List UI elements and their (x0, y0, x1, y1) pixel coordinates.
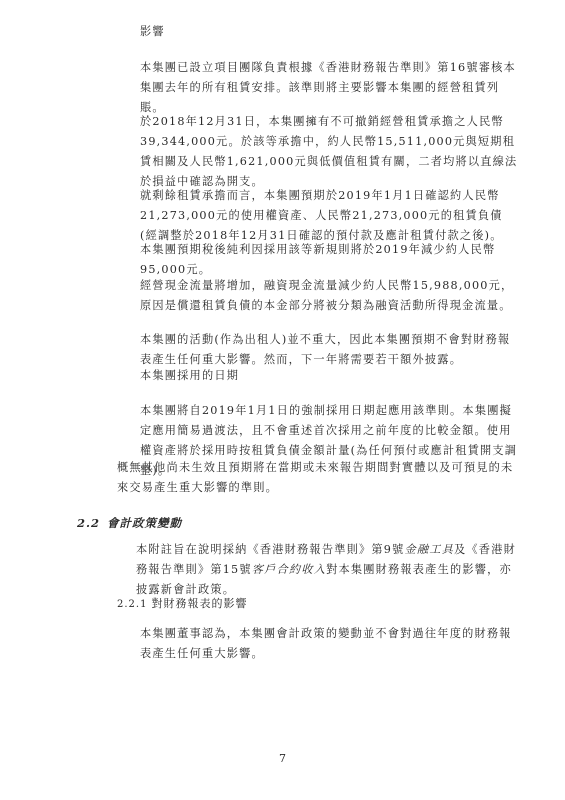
paragraph-section-intro: 本附註旨在說明採納《香港財務報告準則》第9號金融工具及《香港財務報告準則》第15… (136, 540, 520, 600)
document-page: 影響 本集團已設立項目團隊負責根據《香港財務報告準則》第16號審核本集團去年的所… (0, 0, 565, 800)
paragraph-right-of-use: 就剩餘租賃承擔而言，本集團預期於2019年1月1日確認約人民幣21,273,00… (140, 186, 520, 246)
adoption-date-label: 本集團採用的日期 (140, 366, 520, 386)
section-number: 2.2 (77, 516, 107, 530)
section-title: 會計政策變動 (107, 516, 182, 530)
paragraph-cash-flow: 經營現金流量將增加，融資現金流量減少約人民幣15,988,000元，原因是償還租… (140, 276, 520, 316)
impact-label: 影響 (140, 22, 520, 42)
page-number: 7 (0, 752, 565, 765)
paragraph-lease-commitments: 於2018年12月31日，本集團擁有不可撤銷經營租賃承擔之人民幣39,344,0… (140, 112, 520, 192)
subsection-title: 對財務報表的影響 (151, 597, 247, 610)
paragraph-net-profit: 本集團預期稅後純利因採用該等新規則將於2019年減少約人民幣95,000元。 (140, 240, 520, 280)
paragraph-project-team: 本集團已設立項目團隊負責根據《香港財務報告準則》第16號審核本集團去年的所有租賃… (140, 58, 520, 118)
section-heading-2-2: 2.2會計政策變動 (77, 515, 182, 531)
paragraph-other-standards: 概無其他尚未生效且預期將在當期或未來報告期間對實體以及可預見的未來交易產生重大影… (117, 458, 520, 498)
subsection-heading-2-2-1: 2.2.1對財務報表的影響 (117, 595, 247, 611)
subsection-number: 2.2.1 (117, 599, 147, 610)
paragraph-financial-impact: 本集團董事認為，本集團會計政策的變動並不會對過往年度的財務報表產生任何重大影響。 (140, 624, 520, 664)
paragraph-lessor: 本集團的活動(作為出租人)並不重大，因此本集團預期不會對財務報表產生任何重大影響… (140, 330, 520, 370)
